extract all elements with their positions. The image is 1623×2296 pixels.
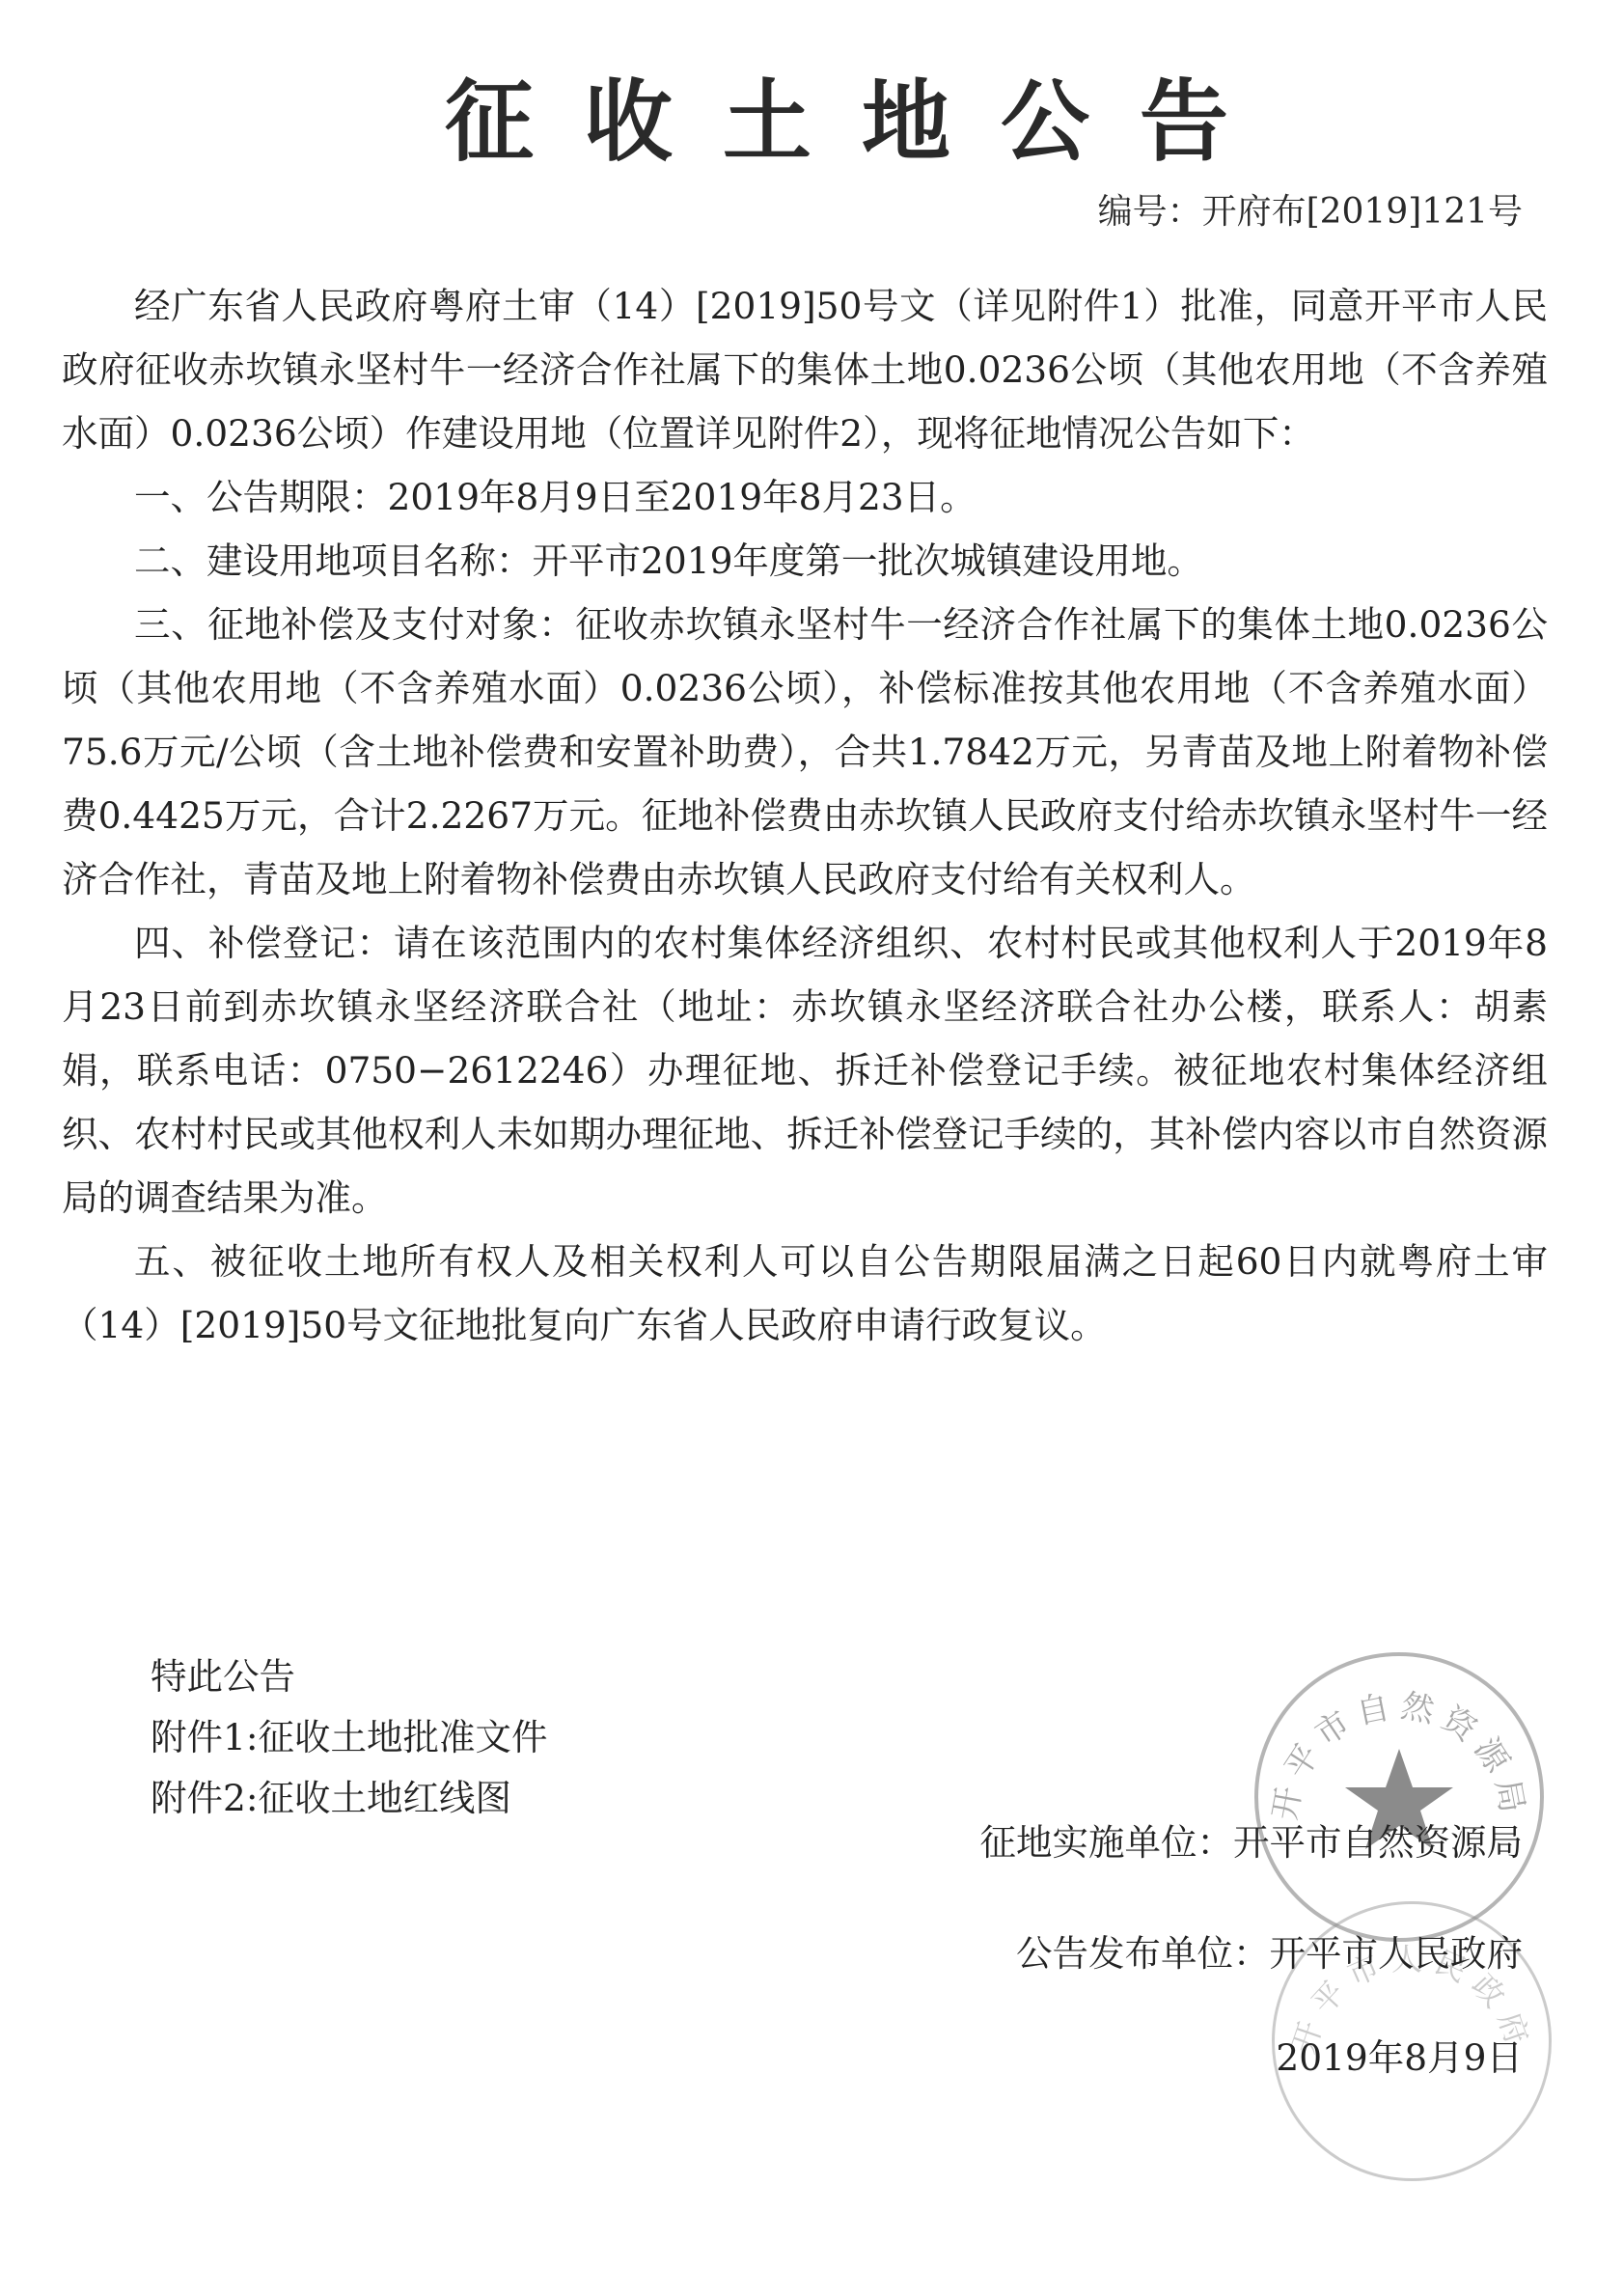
publishing-unit: 公告发布单位：开平市人民政府 (1016, 1930, 1523, 1977)
section-5-reconsideration: 五、被征收土地所有权人及相关权利人可以自公告期限届满之日起60日内就粤府土审（1… (62, 1230, 1548, 1357)
official-seal-natural-resources-icon: 开平市自然资源局 (1254, 1652, 1544, 1942)
closing-notice: 特此公告 (151, 1646, 548, 1707)
notice-page: 征收土地公告 编号：开府布[2019]121号 经广东省人民政府粤府土审（14）… (0, 0, 1623, 2296)
section-2-project-name: 二、建设用地项目名称：开平市2019年度第一批次城镇建设用地。 (62, 529, 1548, 593)
document-number: 编号：开府布[2019]121号 (1098, 189, 1523, 235)
section-3-compensation: 三、征地补偿及支付对象：征收赤坎镇永坚村牛一经济合作社属下的集体土地0.0236… (62, 593, 1548, 911)
document-title: 征收土地公告 (0, 69, 1623, 176)
implementing-unit: 征地实施单位：开平市自然资源局 (980, 1819, 1524, 1866)
intro-paragraph: 经广东省人民政府粤府土审（14）[2019]50号文（详见附件1）批准，同意开平… (62, 274, 1548, 465)
document-body: 经广东省人民政府粤府土审（14）[2019]50号文（详见附件1）批准，同意开平… (62, 274, 1548, 1357)
closing-block: 特此公告 附件1:征收土地批准文件 附件2:征收土地红线图 (151, 1646, 548, 1829)
publish-date: 2019年8月9日 (1276, 2034, 1523, 2081)
attachment-2: 附件2:征收土地红线图 (151, 1768, 548, 1829)
attachment-1: 附件1:征收土地批准文件 (151, 1707, 548, 1768)
section-4-registration: 四、补偿登记：请在该范围内的农村集体经济组织、农村村民或其他权利人于2019年8… (62, 911, 1548, 1230)
section-1-notice-period: 一、公告期限：2019年8月9日至2019年8月23日。 (62, 465, 1548, 529)
